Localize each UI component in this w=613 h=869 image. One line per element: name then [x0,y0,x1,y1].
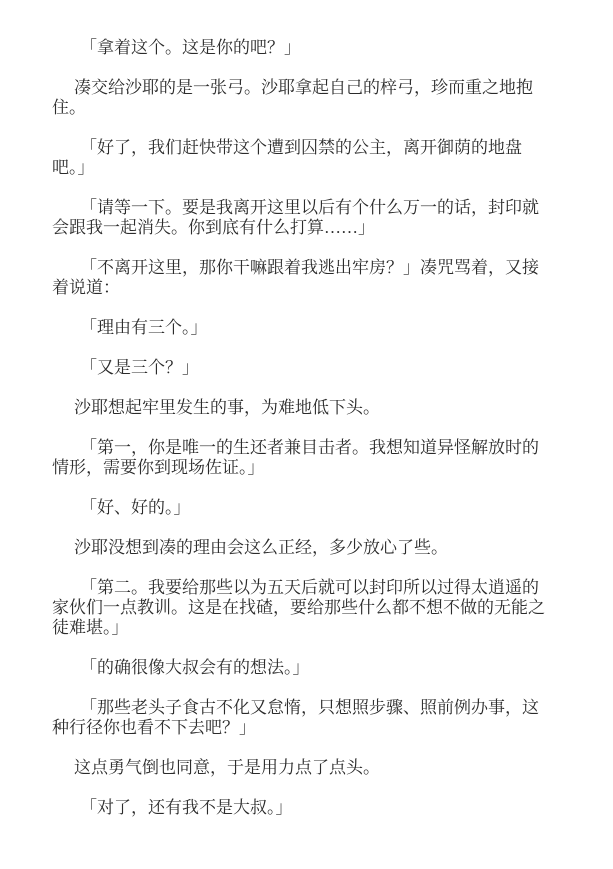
paragraph: 这点勇气倒也同意，于是用力点了点头。 [52,758,548,778]
paragraph: 「请等一下。要是我离开这里以后有个什么万一的话，封印就会跟我一起消失。你到底有什… [52,198,548,238]
paragraph: 「第二。我要给那些以为五天后就可以封印所以过得太逍遥的家伙们一点教训。这是在找碴… [52,578,548,638]
paragraph: 沙耶没想到凑的理由会这么正经，多少放心了些。 [52,538,548,558]
paragraph: 沙耶想起牢里发生的事，为难地低下头。 [52,398,548,418]
paragraph: 「好了，我们赶快带这个遭到囚禁的公主，离开御荫的地盘吧。」 [52,138,548,178]
paragraph: 「那些老头子食古不化又怠惰，只想照步骤、照前例办事，这种行径你也看不下去吧？」 [52,698,548,738]
paragraph: 「第一，你是唯一的生还者兼目击者。我想知道异怪解放时的情形，需要你到现场佐证。」 [52,438,548,478]
paragraph: 「不离开这里，那你干嘛跟着我逃出牢房？」凑咒骂着，又接着说道： [52,258,548,298]
text-column: 「拿着这个。这是你的吧？」凑交给沙耶的是一张弓。沙耶拿起自己的梓弓，珍而重之地抱… [52,38,548,838]
paragraph: 「拿着这个。这是你的吧？」 [52,38,548,58]
paragraph: 「的确很像大叔会有的想法。」 [52,658,548,678]
paragraph: 「理由有三个。」 [52,318,548,338]
paragraph: 凑交给沙耶的是一张弓。沙耶拿起自己的梓弓，珍而重之地抱住。 [52,78,548,118]
novel-page: 「拿着这个。这是你的吧？」凑交给沙耶的是一张弓。沙耶拿起自己的梓弓，珍而重之地抱… [0,0,613,869]
paragraph: 「又是三个？」 [52,358,548,378]
paragraph: 「对了，还有我不是大叔。」 [52,798,548,818]
paragraph: 「好、好的。」 [52,498,548,518]
